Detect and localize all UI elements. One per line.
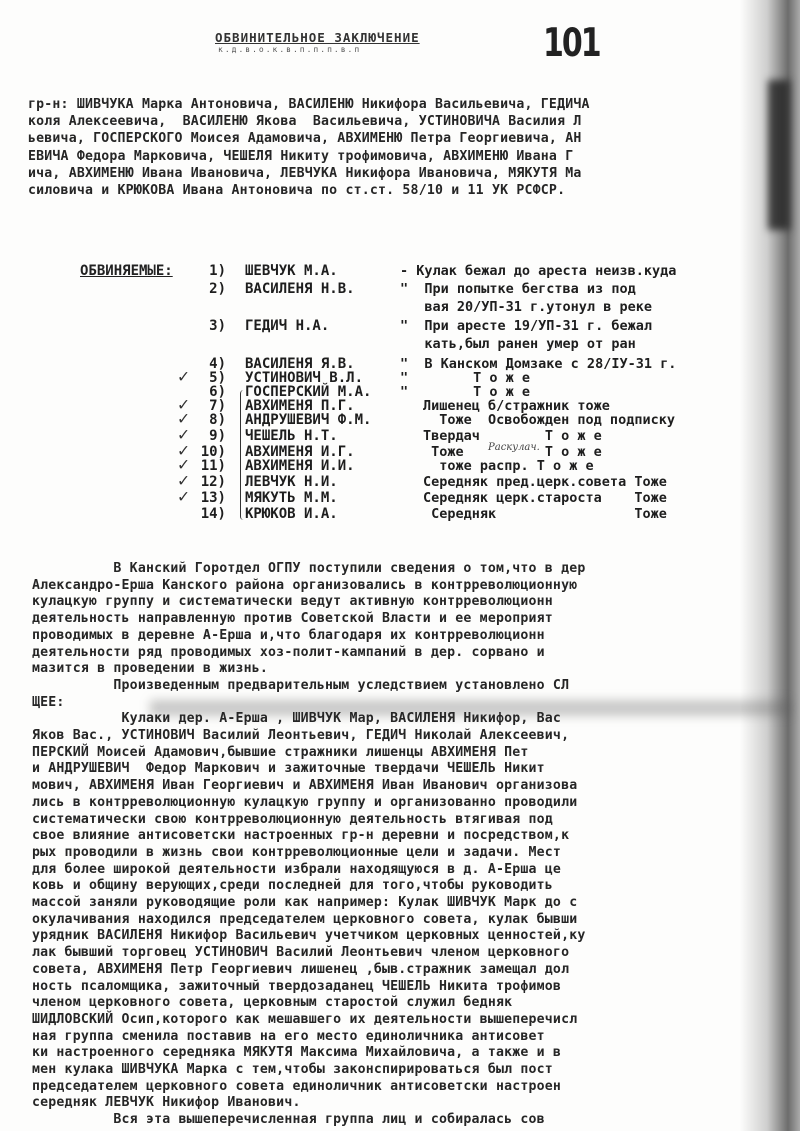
body-line: совета, АВХИМЕНЯ Петр Георгиевич лишенец… xyxy=(32,963,569,977)
body-line: ШИДЛОВСКИЙ Осип,которого как мешавшего и… xyxy=(32,1013,577,1027)
accused-name: АНДРУШЕВИЧ Ф.М. xyxy=(245,412,371,428)
brace-mark xyxy=(240,390,247,520)
body-line: для более широкой деятельности избрали н… xyxy=(32,863,561,877)
body-line: деятельность направленную против Советск… xyxy=(32,612,553,626)
accused-name: ЧЕШЕЛЬ Н.Т. xyxy=(245,428,338,444)
accused-note: Середняк Тоже xyxy=(423,506,667,522)
accused-note: Середняк пред.церк.совета Тоже xyxy=(423,474,667,490)
document-page: ОБВИНИТЕЛЬНОЕ ЗАКЛЮЧЕНИЕ к.д.в.о.к.в.п.п… xyxy=(0,0,800,1131)
body-line: ная группа сменила поставив на его место… xyxy=(32,1030,545,1044)
body-line: окулачивания находился председателем цер… xyxy=(32,913,577,927)
accused-name: ВАСИЛЕНЯ Н.В. xyxy=(245,281,355,297)
accused-number: 13) xyxy=(190,490,226,506)
body-line: середняк ЛЕВЧУК Никифор Иванович. xyxy=(32,1096,301,1110)
body-line: урядник ВАСИЛЕНЯ Никифор Васильевич учет… xyxy=(32,929,586,943)
checkmark-icon: ✓ xyxy=(178,366,189,387)
accused-name: ШЕВЧУК М.А. xyxy=(245,263,338,279)
intro-line: ьевича, ГОСПЕРСКОГО Моисея Адамовича, АВ… xyxy=(28,132,582,146)
body-line: мазится в проведении в жизнь. xyxy=(32,662,268,676)
body-line: мен кулака ШИВЧУКА Марка с тем,чтобы зак… xyxy=(32,1063,553,1077)
body-line: ки настроенного середняка МЯКУТЯ Максима… xyxy=(32,1046,561,1060)
accused-note: тоже распр. Т о ж е xyxy=(423,458,594,474)
intro-line: гр-н: ШИВЧУКА Марка Антоновича, ВАСИЛЕНЮ… xyxy=(28,98,590,112)
accused-note: " При аресте 19/УП-31 г. бежал xyxy=(400,318,652,334)
body-line: и АНДРУШЕВИЧ Федор Маркович и зажиточные… xyxy=(32,762,545,776)
accused-name: МЯКУТЬ М.М. xyxy=(245,490,338,506)
body-line: Вся эта вышеперечисленная группа лиц и с… xyxy=(32,1113,545,1127)
accused-label: ОБВИНЯЕМЫЕ: xyxy=(80,263,173,279)
accused-number: 1) xyxy=(190,263,226,279)
body-line: свое влияние антисоветски настроенных гр… xyxy=(32,829,569,843)
page-number: 101 xyxy=(543,21,600,67)
intro-line: коля Алексеевича, ВАСИЛЕНЮ Якова Василье… xyxy=(28,115,582,129)
intro-line: ЕВИЧА Федора Марковича, ЧЕШЕЛЯ Никиту тр… xyxy=(28,150,573,164)
accused-name: ГЕДИЧ Н.А. xyxy=(245,318,329,334)
body-line: ковь и общину верующих,среди последней д… xyxy=(32,879,553,893)
handwritten-note: Раскулач. xyxy=(488,442,540,453)
accused-number: 3) xyxy=(190,318,226,334)
accused-number: 9) xyxy=(190,428,226,444)
accused-number: 8) xyxy=(190,412,226,428)
body-line: систематически свою контрреволюционную д… xyxy=(32,813,553,827)
body-line: Александро-Ерша Канского района организо… xyxy=(32,579,577,593)
accused-number: 12) xyxy=(190,474,226,490)
body-line: рых проводили в жизнь свои контрреволюци… xyxy=(32,846,561,860)
body-line: деятельности ряд проводимых хоз-полит-ка… xyxy=(32,646,545,660)
body-line: лак бывший торговец УСТИНОВИЧ Василий Ле… xyxy=(32,946,569,960)
document-title: ОБВИНИТЕЛЬНОЕ ЗАКЛЮЧЕНИЕ xyxy=(215,30,420,45)
body-line: проводимых в деревне А-Ерша и,что благод… xyxy=(32,629,545,643)
accused-number: 2) xyxy=(190,281,226,297)
body-line: Кулаки дер. А-Ерша , ШИВЧУК Мар, ВАСИЛЕН… xyxy=(32,712,561,726)
accused-note: Середняк церк.староста Тоже xyxy=(423,490,667,506)
accused-name: КРЮКОВ И.А. xyxy=(245,506,338,522)
body-line: мович, АВХИМЕНЯ Иван Георгиевич и АВХИМЕ… xyxy=(32,779,577,793)
accused-note: Тоже Освобожден под подписку xyxy=(423,412,675,428)
accused-note: - Кулак бежал до ареста неизв.куда xyxy=(400,263,676,279)
body-line: председателем церковного совета единолич… xyxy=(32,1080,561,1094)
body-line: ПЕРСКИЙ Моисей Адамович,бывшие стражники… xyxy=(32,746,529,760)
checkmark-icon: ✓ xyxy=(178,486,189,507)
body-line: ЩЕЕ: xyxy=(32,696,65,710)
body-line: Произведенным предварительным уследствие… xyxy=(32,679,569,693)
accused-name: АВХИМЕНЯ И.И. xyxy=(245,458,355,474)
accused-number: 11) xyxy=(190,458,226,474)
body-line: лись в контрреволюционную кулацкую групп… xyxy=(32,796,577,810)
intro-line: силовича и КРЮКОВА Ивана Антоновича по с… xyxy=(28,184,565,198)
accused-note: вая 20/УП-31 г.утонул в реке xyxy=(400,299,652,315)
title-underline: к.д.в.о.к.в.п.п.п.в.п xyxy=(218,45,361,54)
body-line: В Канский Горотдел ОГПУ поступили сведен… xyxy=(32,562,586,576)
body-line: массой заняли руководящие роли как напри… xyxy=(32,896,577,910)
body-line: кулацкую группу и систематически ведут а… xyxy=(32,595,553,609)
page-edge-dark xyxy=(768,80,790,230)
intro-line: ича, АВХИМЕНЮ Ивана Ивановича, ЛЕВЧУКА Н… xyxy=(28,167,582,181)
accused-number: 14) xyxy=(190,506,226,522)
accused-note: кать,был ранен умер от ран xyxy=(400,336,636,352)
accused-note: " При попытке бегства из под xyxy=(400,281,636,297)
body-line: Яков Вас., УСТИНОВИЧ Василий Леонтьевич,… xyxy=(32,729,569,743)
accused-name: ЛЕВЧУК Н.И. xyxy=(245,474,338,490)
body-line: ность псаломщика, зажиточный твердозадан… xyxy=(32,980,561,994)
body-line: членом церковного совета, церковным стар… xyxy=(32,996,512,1010)
